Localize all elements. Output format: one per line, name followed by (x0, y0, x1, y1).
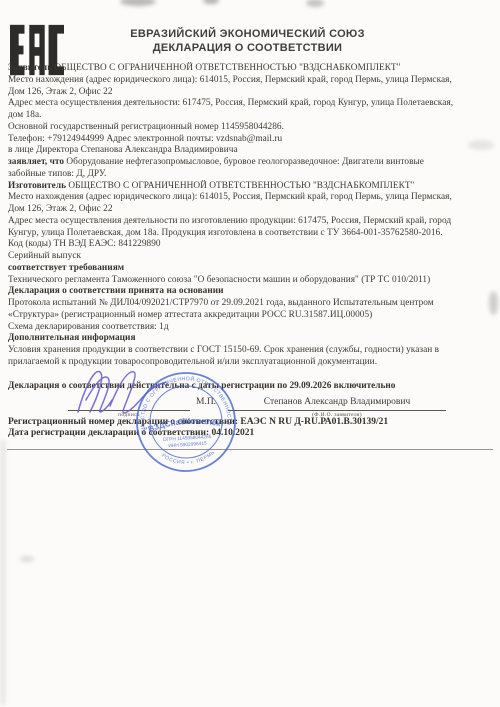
document-line: Заявитель ОБЩЕСТВО С ОГРАНИЧЕННОЙ ОТВЕТС… (8, 63, 497, 75)
document-line: Протокола испытаний № ДИЛ04/092021/СТР79… (8, 298, 497, 310)
eaeu-title: ЕВРАЗИЙСКИЙ ЭКОНОМИЧЕСКИЙ СОЮЗ (90, 27, 405, 41)
document-body: Заявитель ОБЩЕСТВО С ОГРАНИЧЕННОЙ ОТВЕТС… (8, 63, 497, 369)
document-line: Условия хранения продукции в соответстви… (8, 345, 497, 357)
document-line: Дом 126, Этаж 2, Офис 22 (8, 87, 497, 99)
document-line: Основной государственный регистрационный… (8, 122, 497, 134)
stamp-company-name: "ВЗДСнабКомплект" (142, 413, 230, 436)
document-line: Кунгур, улица Полетаевская, дом 18а. Про… (8, 228, 497, 240)
document-line: в лице Директора Степанова Александра Вл… (8, 145, 497, 157)
document-line: «Структура» (регистрационный номер аттес… (8, 310, 497, 322)
scan-smudge (20, 556, 34, 562)
document-line: Место нахождения (адрес юридического лиц… (8, 192, 497, 204)
separator-rule (7, 449, 493, 450)
declaration-title: ДЕКЛАРАЦИЯ О СООТВЕТСТВИИ (90, 41, 405, 55)
document-line: Технического регламента Таможенного союз… (8, 275, 497, 287)
document-line: Дом 126, Этаж 2, Офис 22 (8, 204, 497, 216)
document-line: дом 18а. (8, 110, 497, 122)
document-line: забойные типов: Д, ДРУ. (8, 169, 497, 181)
document-line: Изготовитель ОБЩЕСТВО С ОГРАНИЧЕННОЙ ОТВ… (8, 181, 497, 193)
document-line: Серийный выпуск (8, 251, 497, 263)
declarant-name-line (228, 410, 446, 411)
document-line: Место нахождения (адрес юридического лиц… (8, 75, 497, 87)
company-stamp: ОБЩЕСТВО С ОГРАНИЧЕННОЙ ОТВЕТСТВЕННОСТЬЮ… (134, 370, 238, 474)
document-line: Адрес места осуществления деятельности: … (8, 98, 497, 110)
declarant-name: Степанов Александр Владимирович (228, 397, 446, 407)
scan-smudge (489, 291, 498, 315)
document-header: ЕВРАЗИЙСКИЙ ЭКОНОМИЧЕСКИЙ СОЮЗ ДЕКЛАРАЦИ… (90, 27, 405, 55)
document-line: Телефон: +79124944999 Адрес электронной … (8, 134, 497, 146)
scan-smudge (203, 0, 219, 4)
scan-smudge (120, 0, 156, 6)
document-line: заявляет, что Оборудование нефтегазопром… (8, 157, 497, 169)
scan-smudge (1, 440, 5, 705)
scan-smudge (468, 140, 494, 150)
document-line: Декларация о соответствии принята на осн… (8, 286, 497, 298)
document-line: Адрес места осуществления деятельности п… (8, 216, 497, 228)
document-line: соответствует требованиям (8, 263, 497, 275)
document-line: Код (коды) ТН ВЭД ЕАЭС: 841229890 (8, 239, 497, 251)
page: ЕАС ЕВРАЗИЙСКИЙ ЭКОНОМИЧЕСКИЙ СОЮЗ ДЕКЛА… (0, 0, 500, 707)
scan-smudge (306, 0, 324, 7)
document-line: Схема декларирования соответствия: 1д (8, 322, 497, 334)
svg-text:"ВЗДСнабКомплект": "ВЗДСнабКомплект" (142, 413, 230, 436)
document-line: Дополнительная информация (8, 333, 497, 345)
